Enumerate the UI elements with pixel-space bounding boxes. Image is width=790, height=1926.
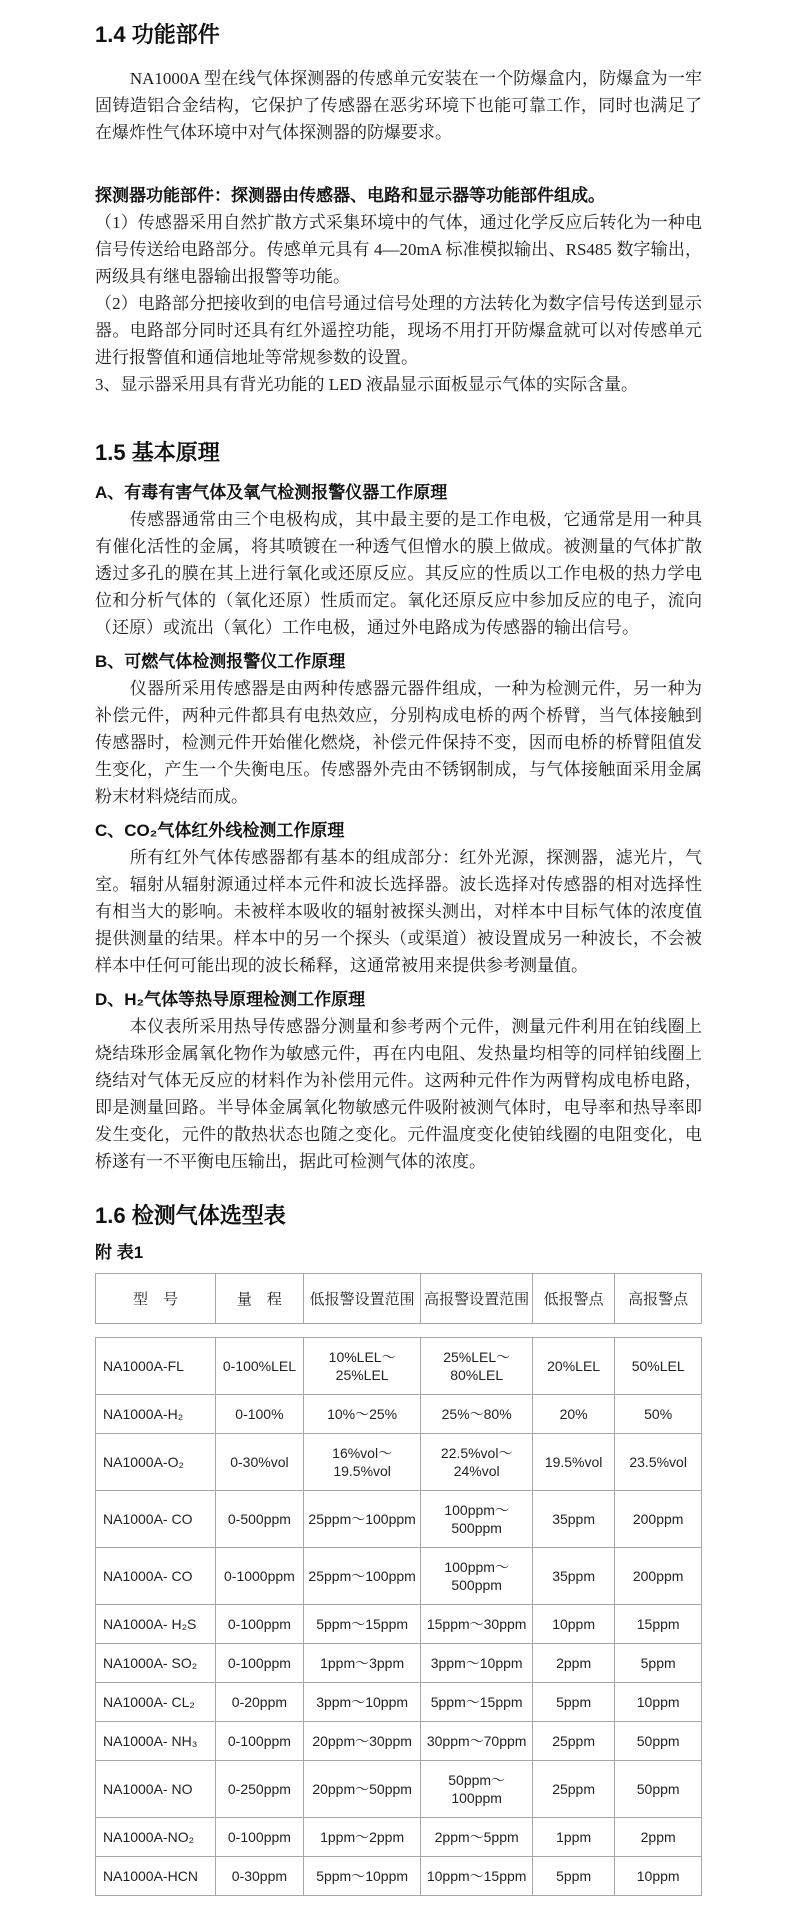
table-cell: 30ppm～70ppm xyxy=(421,1722,533,1761)
subsection-c-heading: C、CO₂气体红外线检测工作原理 xyxy=(95,817,702,844)
subsection-d-body: 本仪表所采用热导传感器分测量和参考两个元件，测量元件利用在铂线圈上烧结珠形金属氧… xyxy=(95,1013,702,1175)
table-cell: 50% xyxy=(615,1395,702,1434)
table-cell: 2ppm～5ppm xyxy=(421,1818,533,1857)
table-header-cell: 低报警点 xyxy=(532,1274,614,1324)
table-cell: 0-100ppm xyxy=(215,1722,303,1761)
table-row: NA1000A-FL0-100%LEL10%LEL～25%LEL25%LEL～8… xyxy=(96,1338,702,1395)
table-header-cell: 量 程 xyxy=(215,1274,303,1324)
table-row: NA1000A- NH₃0-100ppm20ppm～30ppm30ppm～70p… xyxy=(96,1722,702,1761)
table-row: NA1000A-H₂0-100%10%～25%25%～80%20%50% xyxy=(96,1395,702,1434)
table-cell: 16%vol～19.5%vol xyxy=(303,1434,421,1491)
table-cell: 0-1000ppm xyxy=(215,1548,303,1605)
table-cell: 20%LEL xyxy=(532,1338,614,1395)
table-cell: 0-100% xyxy=(215,1395,303,1434)
table-cell: 20% xyxy=(532,1395,614,1434)
table-cell: 0-30%vol xyxy=(215,1434,303,1491)
table-cell: 5ppm xyxy=(532,1683,614,1722)
table-row: NA1000A-O₂0-30%vol16%vol～19.5%vol22.5%vo… xyxy=(96,1434,702,1491)
table-cell: 1ppm～3ppm xyxy=(303,1644,421,1683)
table-cell: 20ppm～50ppm xyxy=(303,1761,421,1818)
table-cell: 5ppm～10ppm xyxy=(303,1857,421,1896)
table-cell: 50%LEL xyxy=(615,1338,702,1395)
gas-selection-table: NA1000A-FL0-100%LEL10%LEL～25%LEL25%LEL～8… xyxy=(95,1337,702,1896)
table-cell: 50ppm xyxy=(615,1722,702,1761)
component-item-circuit: （2）电路部分把接收到的电信号通过信号处理的方法转化为数字信号传送到显示器。电路… xyxy=(95,290,702,371)
table-cell: 25ppm xyxy=(532,1761,614,1818)
table-cell-model: NA1000A- CO xyxy=(96,1548,216,1605)
table-row: NA1000A- CL₂0-20ppm3ppm～10ppm5ppm～15ppm5… xyxy=(96,1683,702,1722)
table-cell-model: NA1000A- H₂S xyxy=(96,1605,216,1644)
components-heading: 探测器功能部件：探测器由传感器、电路和显示器等功能部件组成。 xyxy=(95,182,702,209)
subsection-d-heading: D、H₂气体等热导原理检测工作原理 xyxy=(95,986,702,1013)
table-label: 附 表1 xyxy=(95,1238,702,1263)
table-row: NA1000A- H₂S0-100ppm5ppm～15ppm15ppm～30pp… xyxy=(96,1605,702,1644)
subsection-a-heading: A、有毒有害气体及氧气检测报警仪器工作原理 xyxy=(95,479,702,506)
component-item-sensor: （1）传感器采用自然扩散方式采集环境中的气体，通过化学反应后转化为一种电信号传送… xyxy=(95,209,702,290)
table-cell: 22.5%vol～24%vol xyxy=(421,1434,533,1491)
table-cell-model: NA1000A-FL xyxy=(96,1338,216,1395)
table-cell: 25ppm xyxy=(532,1722,614,1761)
table-cell-model: NA1000A- CO xyxy=(96,1491,216,1548)
table-header-cell: 低报警设置范围 xyxy=(303,1274,421,1324)
table-cell: 35ppm xyxy=(532,1548,614,1605)
document-page: 1.4 功能部件 NA1000A 型在线气体探测器的传感单元安装在一个防爆盒内，… xyxy=(0,0,790,1926)
table-row: NA1000A-NO₂0-100ppm1ppm～2ppm2ppm～5ppm1pp… xyxy=(96,1818,702,1857)
table-cell: 10%LEL～25%LEL xyxy=(303,1338,421,1395)
table-cell: 3ppm～10ppm xyxy=(421,1644,533,1683)
table-cell: 5ppm～15ppm xyxy=(421,1683,533,1722)
component-item-display: 3、显示器采用具有背光功能的 LED 液晶显示面板显示气体的实际含量。 xyxy=(95,371,702,398)
table-cell-model: NA1000A- SO₂ xyxy=(96,1644,216,1683)
section-1-4-paragraph: NA1000A 型在线气体探测器的传感单元安装在一个防爆盒内，防爆盒为一牢固铸造… xyxy=(95,65,702,146)
table-cell: 10ppm xyxy=(615,1857,702,1896)
subsection-a-body: 传感器通常由三个电极构成，其中最主要的是工作电极，它通常是用一种具有催化活性的金… xyxy=(95,506,702,641)
gas-selection-table-header: 型 号量 程低报警设置范围高报警设置范围低报警点高报警点 xyxy=(95,1273,702,1324)
table-header-cell: 高报警点 xyxy=(615,1274,702,1324)
table-cell: 0-250ppm xyxy=(215,1761,303,1818)
table-cell-model: NA1000A- NO xyxy=(96,1761,216,1818)
table-cell: 35ppm xyxy=(532,1491,614,1548)
table-row: NA1000A- SO₂0-100ppm1ppm～3ppm3ppm～10ppm2… xyxy=(96,1644,702,1683)
table-cell: 0-100ppm xyxy=(215,1818,303,1857)
table-body: NA1000A-FL0-100%LEL10%LEL～25%LEL25%LEL～8… xyxy=(96,1338,702,1896)
table-cell: 100ppm～500ppm xyxy=(421,1491,533,1548)
table-cell-model: NA1000A-NO₂ xyxy=(96,1818,216,1857)
section-1-4-heading: 1.4 功能部件 xyxy=(95,18,702,49)
table-row: NA1000A- NO0-250ppm20ppm～50ppm50ppm～100p… xyxy=(96,1761,702,1818)
table-cell: 2ppm xyxy=(615,1818,702,1857)
table-cell: 0-30ppm xyxy=(215,1857,303,1896)
table-header-row: 型 号量 程低报警设置范围高报警设置范围低报警点高报警点 xyxy=(96,1274,702,1324)
subsection-c-body: 所有红外气体传感器都有基本的组成部分：红外光源，探测器，滤光片，气室。辐射从辐射… xyxy=(95,844,702,979)
table-row: NA1000A- CO0-1000ppm25ppm～100ppm100ppm～5… xyxy=(96,1548,702,1605)
table-cell: 0-20ppm xyxy=(215,1683,303,1722)
table-cell: 25%LEL～80%LEL xyxy=(421,1338,533,1395)
table-cell: 2ppm xyxy=(532,1644,614,1683)
subsection-b-body: 仪器所采用传感器是由两种传感器元器件组成，一种为检测元件，另一种为补偿元件，两种… xyxy=(95,675,702,810)
table-cell-model: NA1000A-H₂ xyxy=(96,1395,216,1434)
table-cell: 10%～25% xyxy=(303,1395,421,1434)
table-cell-model: NA1000A- NH₃ xyxy=(96,1722,216,1761)
table-cell: 0-100%LEL xyxy=(215,1338,303,1395)
table-cell: 0-100ppm xyxy=(215,1644,303,1683)
table-cell-model: NA1000A-HCN xyxy=(96,1857,216,1896)
section-1-6-heading: 1.6 检测气体选型表 xyxy=(95,1199,702,1230)
table-cell: 50ppm～100ppm xyxy=(421,1761,533,1818)
table-cell: 1ppm～2ppm xyxy=(303,1818,421,1857)
table-cell: 23.5%vol xyxy=(615,1434,702,1491)
section-1-5-heading: 1.5 基本原理 xyxy=(95,436,702,467)
table-cell: 0-100ppm xyxy=(215,1605,303,1644)
table-cell: 200ppm xyxy=(615,1491,702,1548)
table-cell: 5ppm～15ppm xyxy=(303,1605,421,1644)
table-cell: 0-500ppm xyxy=(215,1491,303,1548)
table-cell: 1ppm xyxy=(532,1818,614,1857)
table-cell-model: NA1000A- CL₂ xyxy=(96,1683,216,1722)
table-cell: 5ppm xyxy=(532,1857,614,1896)
table-cell: 100ppm～500ppm xyxy=(421,1548,533,1605)
table-cell: 15ppm～30ppm xyxy=(421,1605,533,1644)
table-cell: 5ppm xyxy=(615,1644,702,1683)
table-cell: 25%～80% xyxy=(421,1395,533,1434)
subsection-b-heading: B、可燃气体检测报警仪工作原理 xyxy=(95,648,702,675)
table-cell: 10ppm xyxy=(615,1683,702,1722)
table-cell: 200ppm xyxy=(615,1548,702,1605)
table-cell: 10ppm xyxy=(532,1605,614,1644)
table-cell: 10ppm～15ppm xyxy=(421,1857,533,1896)
table-cell: 3ppm～10ppm xyxy=(303,1683,421,1722)
table-cell: 50ppm xyxy=(615,1761,702,1818)
table-cell: 20ppm～30ppm xyxy=(303,1722,421,1761)
table-row: NA1000A- CO0-500ppm25ppm～100ppm100ppm～50… xyxy=(96,1491,702,1548)
table-header-cell: 型 号 xyxy=(96,1274,216,1324)
table-cell: 25ppm～100ppm xyxy=(303,1491,421,1548)
table-cell: 25ppm～100ppm xyxy=(303,1548,421,1605)
table-header-cell: 高报警设置范围 xyxy=(421,1274,533,1324)
table-cell-model: NA1000A-O₂ xyxy=(96,1434,216,1491)
table-cell: 15ppm xyxy=(615,1605,702,1644)
table-cell: 19.5%vol xyxy=(532,1434,614,1491)
table-row: NA1000A-HCN0-30ppm5ppm～10ppm10ppm～15ppm5… xyxy=(96,1857,702,1896)
